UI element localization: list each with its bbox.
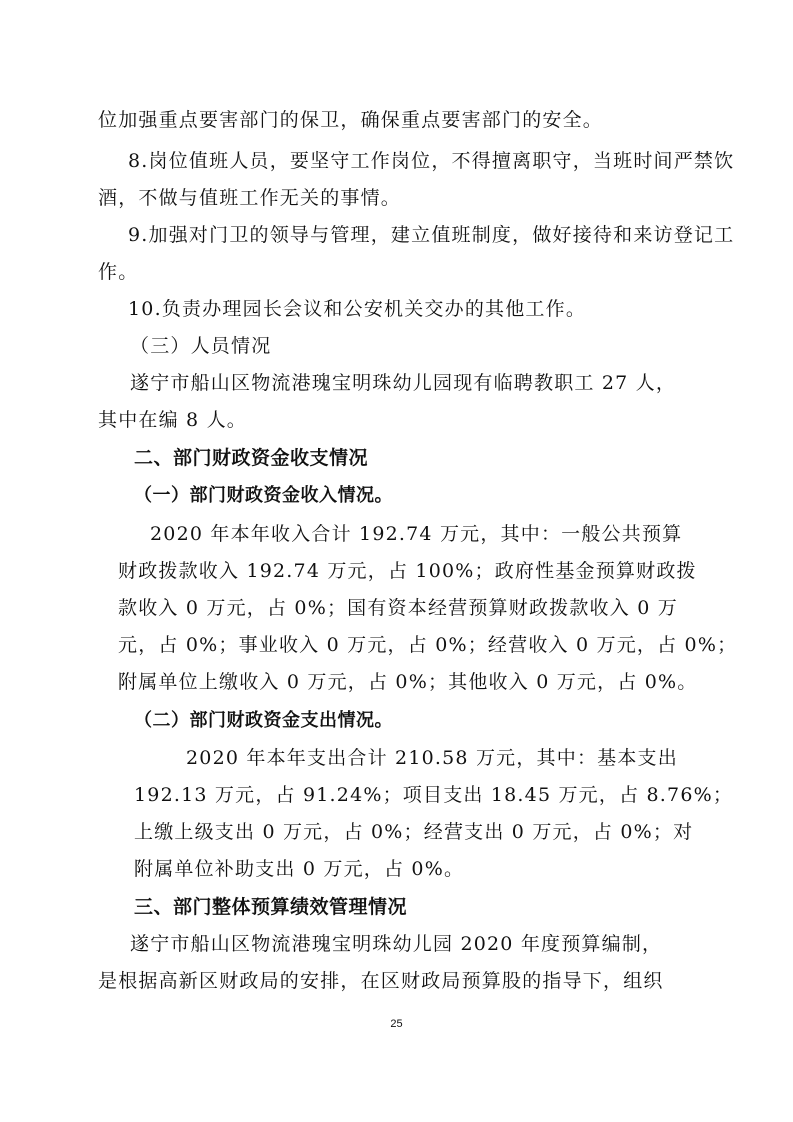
paragraph-line: 附属单位上缴收入 0 万元，占 0%；其他收入 0 万元，占 0%。	[118, 670, 698, 694]
paragraph-line: 财政拨款收入 192.74 万元，占 100%；政府性基金预算财政拨	[118, 559, 697, 583]
paragraph-line: 其中在编 8 人。	[98, 408, 247, 432]
subsection-heading-staff: （三）人员情况	[130, 334, 271, 358]
list-item-9: 9.加强对门卫的领导与管理，建立值班制度，做好接待和来访登记工	[128, 223, 734, 247]
paragraph-line: 位加强重点要害部门的保卫，确保重点要害部门的安全。	[98, 108, 603, 132]
subsection-heading-income: （一）部门财政资金收入情况。	[134, 484, 393, 508]
list-item-10: 10.负责办理园长会议和公安机关交办的其他工作。	[128, 297, 586, 321]
paragraph-line: 192.13 万元，占 91.24%；项目支出 18.45 万元，占 8.76%…	[134, 783, 733, 807]
paragraph-line: 遂宁市船山区物流港瑰宝明珠幼儿园现有临聘教职工 27 人，	[130, 371, 676, 395]
paragraph-line: 上缴上级支出 0 万元，占 0%；经营支出 0 万元，占 0%；对	[134, 820, 693, 844]
subsection-heading-expense: （二）部门财政资金支出情况。	[134, 709, 393, 733]
paragraph-line: 2020 年本年支出合计 210.58 万元，其中：基本支出	[186, 746, 678, 770]
paragraph-line: 遂宁市船山区物流港瑰宝明珠幼儿园 2020 年度预算编制，	[130, 932, 662, 956]
list-item-8: 8.岗位值班人员，要坚守工作岗位，不得擅离职守，当班时间严禁饮	[128, 149, 734, 173]
section-heading-3: 三、部门整体预算绩效管理情况	[134, 895, 407, 919]
section-heading-2: 二、部门财政资金收支情况	[134, 446, 368, 470]
paragraph-line: 元，占 0%；事业收入 0 万元，占 0%；经营收入 0 万元，占 0%；	[118, 633, 737, 657]
paragraph-line: 款收入 0 万元，占 0%；国有资本经营预算财政拨款收入 0 万	[118, 596, 678, 620]
page-number: 25	[0, 1018, 793, 1030]
paragraph-line: 是根据高新区财政局的安排，在区财政局预算股的指导下，组织	[98, 969, 664, 993]
paragraph-line: 作。	[98, 260, 138, 284]
paragraph-line: 附属单位补助支出 0 万元，占 0%。	[134, 857, 464, 881]
paragraph-line: 酒，不做与值班工作无关的事情。	[98, 186, 401, 210]
paragraph-line: 2020 年本年收入合计 192.74 万元，其中：一般公共预算	[150, 522, 682, 546]
